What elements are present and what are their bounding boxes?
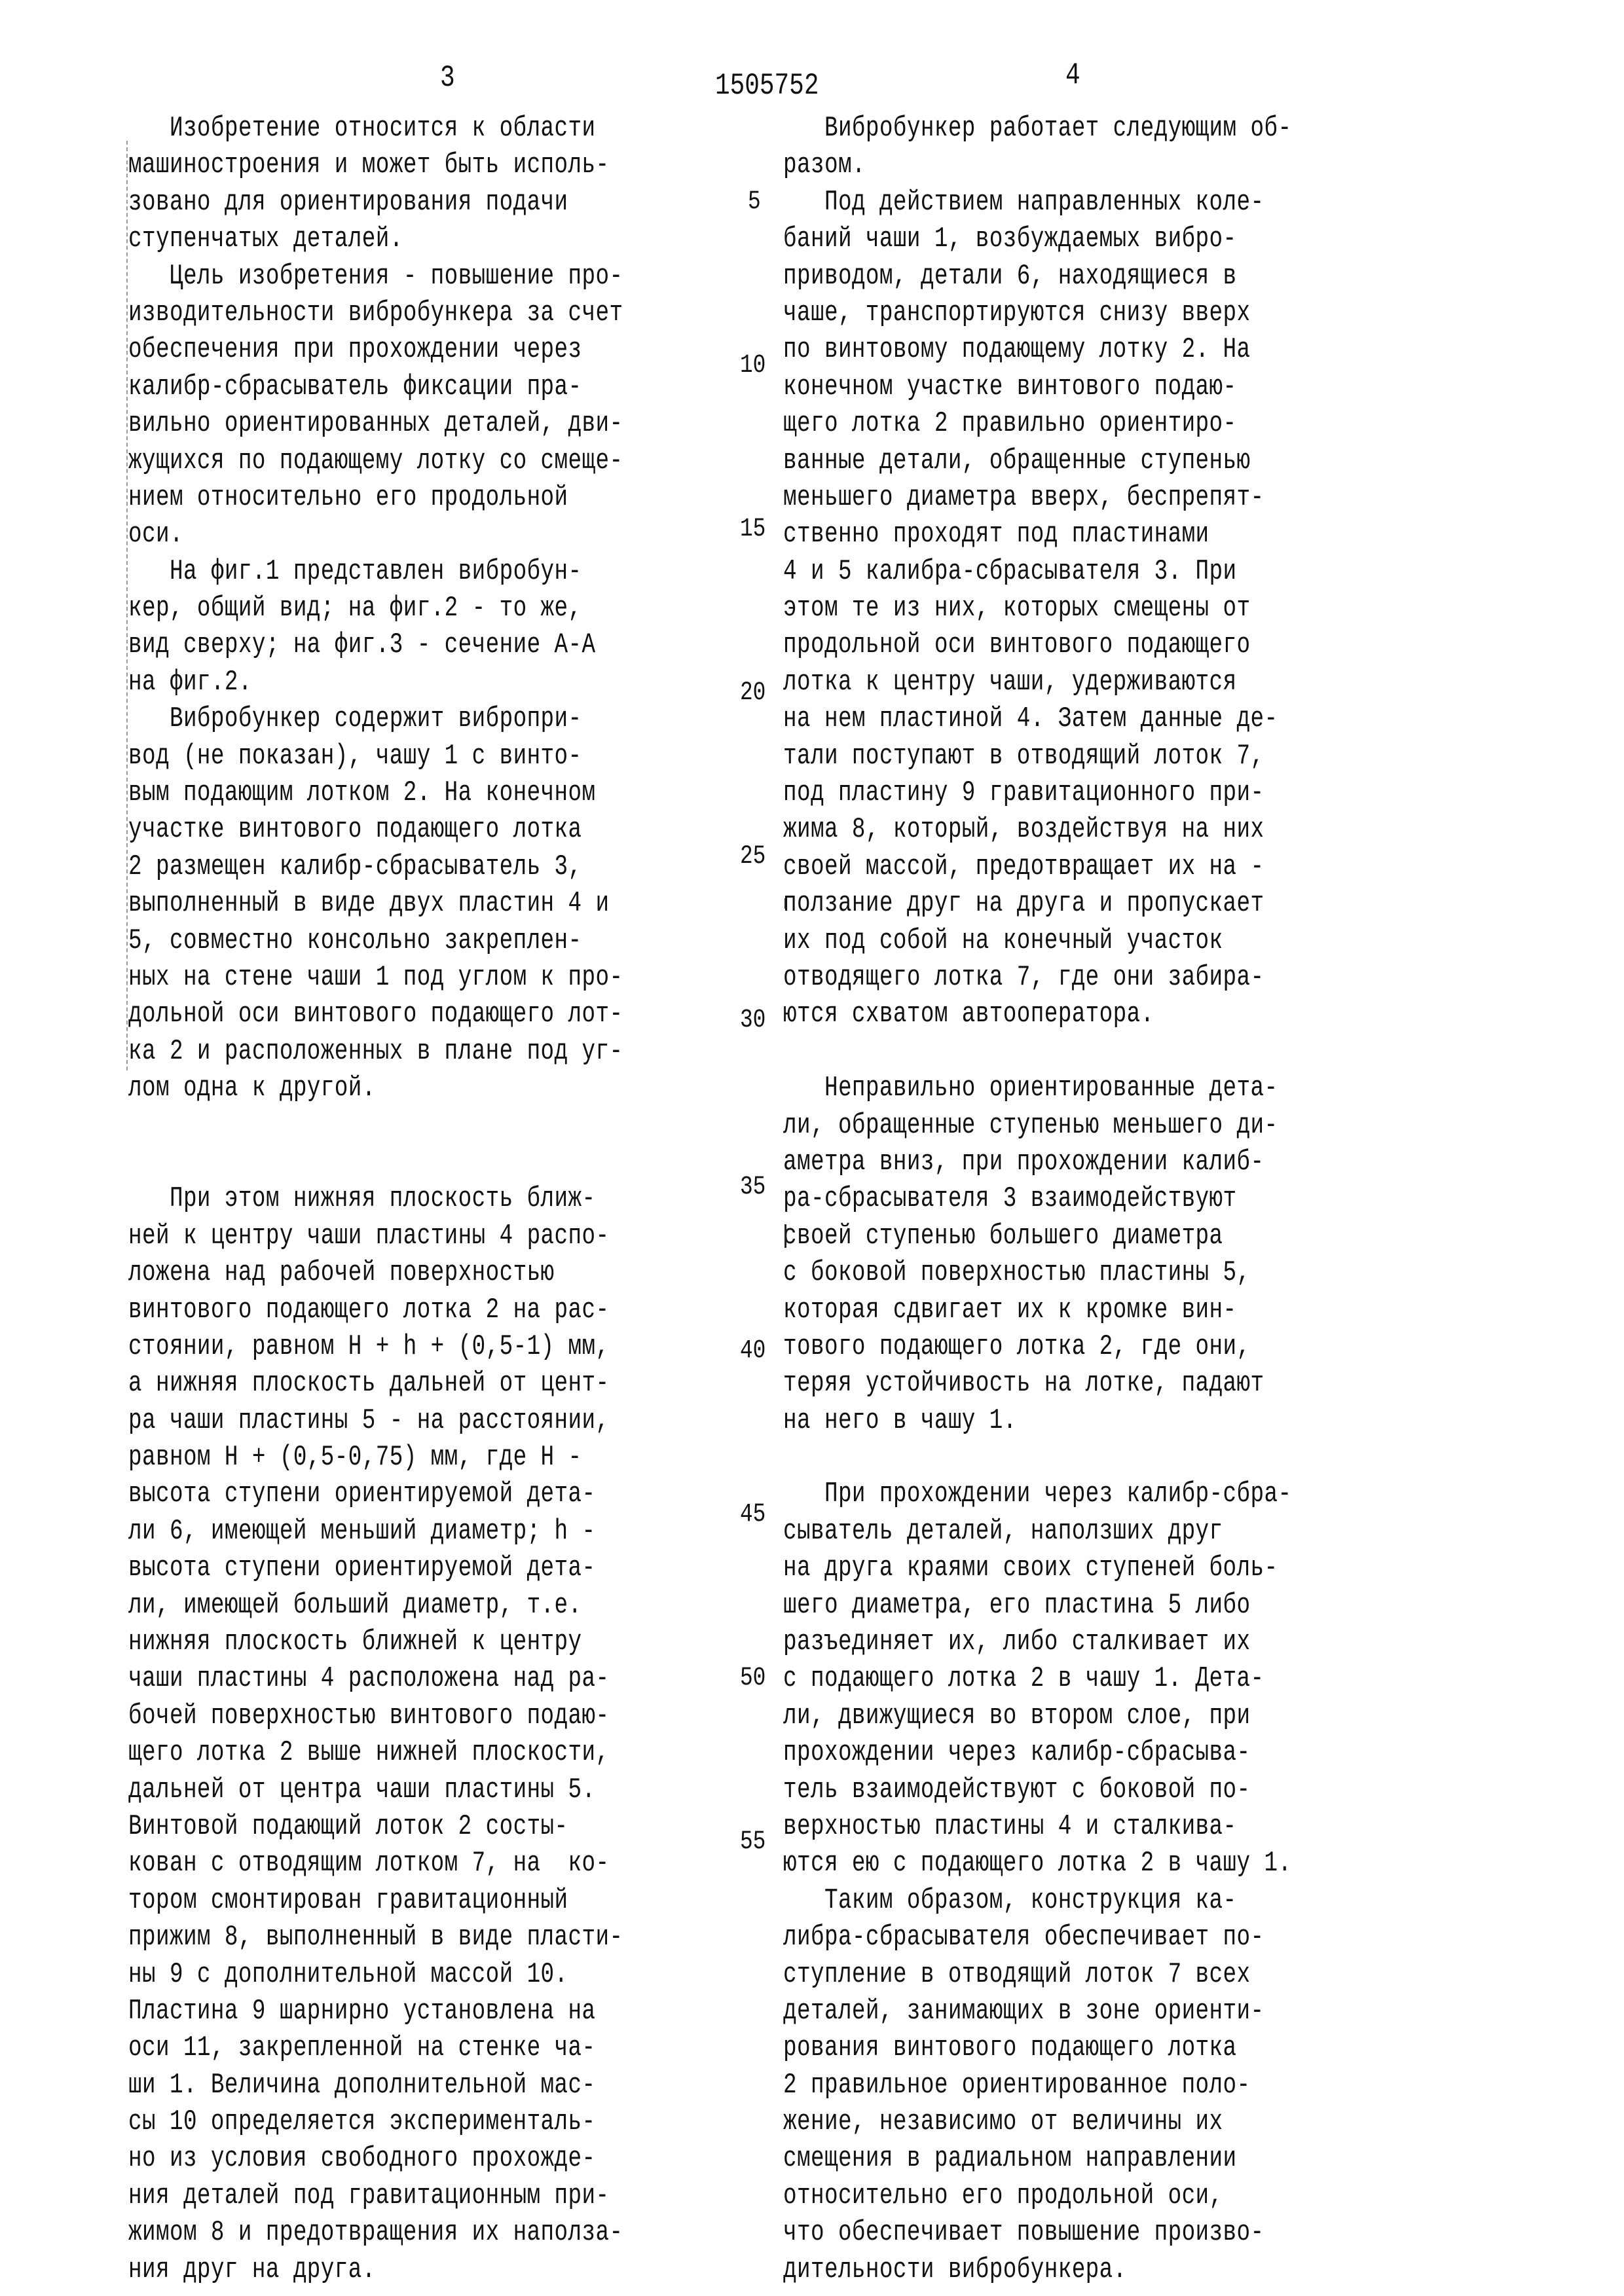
text-line: отводящего лотка 7, где они забира-	[783, 959, 1274, 996]
text-line: Неправильно ориентированные дета-	[783, 1070, 1274, 1106]
left-margin-rule	[126, 141, 128, 1070]
text-line: изводительности вибробункера за счет	[128, 295, 619, 331]
text-line: кован с отводящим лотком 7, на ко-	[128, 1845, 619, 1882]
patent-page: 3 1505752 4 Изобретение относится к обла…	[0, 0, 1624, 2296]
line-number: 25	[740, 842, 766, 871]
text-line: На фиг.1 представлен вибробун-	[128, 553, 619, 590]
text-line: 5, совместно консольно закреплен-	[128, 922, 619, 959]
right-page-number: 4	[1065, 60, 1080, 90]
text-line: жимом 8 и предотвращения их наполза-	[128, 2214, 619, 2251]
text-line	[783, 1439, 1274, 1476]
line-number: 45	[740, 1500, 766, 1529]
text-line: Пластина 9 шарнирно установлена на	[128, 1993, 619, 2030]
text-line: тали поступают в отводящий лоток 7,	[783, 738, 1274, 774]
left-page-number: 3	[440, 63, 455, 93]
text-line: высота ступени ориентируемой дета-	[128, 1476, 619, 1512]
text-line: деталей, занимающих в зоне ориенти-	[783, 1993, 1274, 2030]
text-line: ных на стене чаши 1 под углом к про-	[128, 959, 619, 996]
text-line: ются ею с подающего лотка 2 в чашу 1.	[783, 1845, 1274, 1882]
text-line: что обеспечивает повышение произво-	[783, 2214, 1274, 2251]
text-line: вильно ориентированных деталей, дви-	[128, 405, 619, 442]
text-line: ственно проходят под пластинами	[783, 516, 1274, 553]
text-line: их под собой на конечный участок	[783, 922, 1274, 959]
text-line	[783, 1033, 1274, 1070]
text-line: разъединяет их, либо сталкивает их	[783, 1624, 1274, 1660]
text-line: продольной оси винтового подающего	[783, 627, 1274, 663]
text-line: ны 9 с дополнительной массой 10.	[128, 1956, 619, 1993]
text-line: стоянии, равном H + h + (0,5-1) мм,	[128, 1328, 619, 1365]
text-line: Цель изобретения - повышение про-	[128, 258, 619, 295]
text-line: с подающего лотка 2 в чашу 1. Дета-	[783, 1660, 1274, 1697]
text-line: участке винтового подающего лотка	[128, 811, 619, 848]
text-line: ка 2 и расположенных в плане под уг-	[128, 1033, 619, 1070]
text-line: высота ступени ориентируемой дета-	[128, 1550, 619, 1586]
text-line: ступенчатых деталей.	[128, 221, 619, 257]
text-line: ползание друг на друга и пропускает	[783, 885, 1274, 922]
text-line: ния друг на друга.	[128, 2251, 619, 2288]
text-line: разом.	[783, 147, 1274, 183]
text-line: конечном участке винтового подаю-	[783, 369, 1274, 405]
text-line: лотка к центру чаши, удерживаются	[783, 664, 1274, 701]
text-line: по винтовому подающему лотку 2. На	[783, 331, 1274, 368]
text-line: дольной оси винтового подающего лот-	[128, 996, 619, 1032]
text-line: ступление в отводящий лоток 7 всех	[783, 1956, 1274, 1993]
text-line: обеспечения при прохождении через	[128, 331, 619, 368]
text-line: нием относительно его продольной	[128, 479, 619, 516]
text-line	[128, 1144, 619, 1180]
text-line: ли, имеющей больший диаметр, т.е.	[128, 1587, 619, 1624]
text-line: но из условия свободного прохожде-	[128, 2140, 619, 2177]
line-number: 30	[740, 1006, 766, 1035]
text-line: баний чаши 1, возбуждаемых вибро-	[783, 221, 1274, 257]
text-line: сыватель деталей, наползших друг	[783, 1513, 1274, 1550]
text-line: дальней от центра чаши пластины 5.	[128, 1772, 619, 1808]
text-line: ли, движущиеся во втором слое, при	[783, 1698, 1274, 1734]
text-line: При прохождении через калибр-сбра-	[783, 1476, 1274, 1512]
text-line: сы 10 определяется эксперименталь-	[128, 2104, 619, 2140]
text-line: своей ступенью большего диаметра	[783, 1218, 1274, 1254]
text-line: жима 8, который, воздействуя на них	[783, 811, 1274, 848]
text-line: на нем пластиной 4. Затем данные де-	[783, 701, 1274, 737]
text-line: шего диаметра, его пластина 5 либо	[783, 1587, 1274, 1624]
text-line: щего лотка 2 выше нижней плоскости,	[128, 1734, 619, 1771]
left-text-column: Изобретение относится к областимашиностр…	[128, 110, 757, 2288]
text-line: вид сверху; на фиг.3 - сечение А-А	[128, 627, 619, 663]
text-line: ра-сбрасывателя 3 взаимодействуют	[783, 1180, 1274, 1217]
text-line: нижняя плоскость ближней к центру	[128, 1624, 619, 1660]
text-line: винтового подающего лотка 2 на рас-	[128, 1292, 619, 1328]
text-line: прохождении через калибр-сбрасыва-	[783, 1734, 1274, 1771]
text-line: кер, общий вид; на фиг.2 - то же,	[128, 590, 619, 627]
text-line: 2 размещен калибр-сбрасыватель 3,	[128, 848, 619, 885]
text-line: лом одна к другой.	[128, 1070, 619, 1106]
text-line: ра чаши пластины 5 - на расстоянии,	[128, 1402, 619, 1439]
text-line: рования винтового подающего лотка	[783, 2030, 1274, 2066]
right-text-column: Вибробункер работает следующим об-разом.…	[783, 110, 1412, 2288]
text-line: ванные детали, обращенные ступенью	[783, 443, 1274, 479]
text-line: машиностроения и может быть исполь-	[128, 147, 619, 183]
text-line: смещения в радиальном направлении	[783, 2140, 1274, 2177]
text-line: 4 и 5 калибра-сбрасывателя 3. При	[783, 553, 1274, 590]
line-number: 10	[740, 351, 766, 380]
text-line: этом те из них, которых смещены от	[783, 590, 1274, 627]
line-number: 50	[740, 1664, 766, 1693]
text-line: вым подающим лотком 2. На конечном	[128, 774, 619, 811]
text-line: ложена над рабочей поверхностью	[128, 1254, 619, 1291]
text-line: на фиг.2.	[128, 664, 619, 701]
text-line: бочей поверхностью винтового подаю-	[128, 1698, 619, 1734]
text-line: При этом нижняя плоскость ближ-	[128, 1180, 619, 1217]
text-line: равном H + (0,5-0,75) мм, где H -	[128, 1439, 619, 1476]
scan-mark	[784, 1224, 786, 1248]
text-line: ли, обращенные ступенью меньшего ди-	[783, 1107, 1274, 1144]
text-line: верхностью пластины 4 и сталкива-	[783, 1808, 1274, 1845]
line-number: 40	[740, 1336, 766, 1366]
line-number: 5	[748, 187, 761, 217]
text-line: на него в чашу 1.	[783, 1402, 1274, 1439]
text-line: ются схватом автооператора.	[783, 996, 1274, 1032]
scan-mark	[784, 898, 786, 909]
text-line: выполненный в виде двух пластин 4 и	[128, 885, 619, 922]
text-line: своей массой, предотвращает их на -	[783, 848, 1274, 885]
text-line: вод (не показан), чашу 1 с винто-	[128, 738, 619, 774]
text-line: с боковой поверхностью пластины 5,	[783, 1254, 1274, 1291]
text-line: зовано для ориентирования подачи	[128, 184, 619, 221]
text-line: на друга краями своих ступеней боль-	[783, 1550, 1274, 1586]
text-line: дительности вибробункера.	[783, 2251, 1274, 2288]
text-line: либра-сбрасывателя обеспечивает по-	[783, 1919, 1274, 1956]
text-line: ния деталей под гравитационным при-	[128, 2178, 619, 2214]
line-number: 55	[740, 1827, 766, 1857]
text-line: щего лотка 2 правильно ориентиро-	[783, 405, 1274, 442]
text-line: Таким образом, конструкция ка-	[783, 1882, 1274, 1919]
line-number: 20	[740, 678, 766, 708]
text-line: Винтовой подающий лоток 2 состы-	[128, 1808, 619, 1845]
text-line	[128, 1107, 619, 1144]
text-line: аметра вниз, при прохождении калиб-	[783, 1144, 1274, 1180]
text-line: Вибробункер работает следующим об-	[783, 110, 1274, 147]
text-line: тель взаимодействуют с боковой по-	[783, 1772, 1274, 1808]
text-line: 2 правильное ориентированное поло-	[783, 2067, 1274, 2104]
text-line: приводом, детали 6, находящиеся в	[783, 258, 1274, 295]
text-line: меньшего диаметра вверх, беспрепят-	[783, 479, 1274, 516]
text-line: прижим 8, выполненный в виде пласти-	[128, 1919, 619, 1956]
text-line: жение, независимо от величины их	[783, 2104, 1274, 2140]
text-line: Изобретение относится к области	[128, 110, 619, 147]
text-line: Вибробункер содержит вибропри-	[128, 701, 619, 737]
text-line: тором смонтирован гравитационный	[128, 1882, 619, 1919]
text-line: а нижняя плоскость дальней от цент-	[128, 1365, 619, 1402]
text-line: теряя устойчивость на лотке, падают	[783, 1365, 1274, 1402]
text-line: чаше, транспортируются снизу вверх	[783, 295, 1274, 331]
text-line: ши 1. Величина дополнительной мас-	[128, 2067, 619, 2104]
text-line: чаши пластины 4 расположена над ра-	[128, 1660, 619, 1697]
text-line: относительно его продольной оси,	[783, 2178, 1274, 2214]
text-line: оси 11, закрепленной на стенке ча-	[128, 2030, 619, 2066]
text-line: жущихся по подающему лотку со смеще-	[128, 443, 619, 479]
line-number: 35	[740, 1173, 766, 1202]
line-number: 15	[740, 515, 766, 544]
text-line: которая сдвигает их к кромке вин-	[783, 1292, 1274, 1328]
text-line: ней к центру чаши пластины 4 распо-	[128, 1218, 619, 1254]
text-line: тового подающего лотка 2, где они,	[783, 1328, 1274, 1365]
text-line: оси.	[128, 516, 619, 553]
patent-number: 1505752	[715, 71, 819, 101]
text-line: ли 6, имеющей меньший диаметр; h -	[128, 1513, 619, 1550]
text-line: Под действием направленных коле-	[783, 184, 1274, 221]
text-line: под пластину 9 гравитационного при-	[783, 774, 1274, 811]
text-line: калибр-сбрасыватель фиксации пра-	[128, 369, 619, 405]
